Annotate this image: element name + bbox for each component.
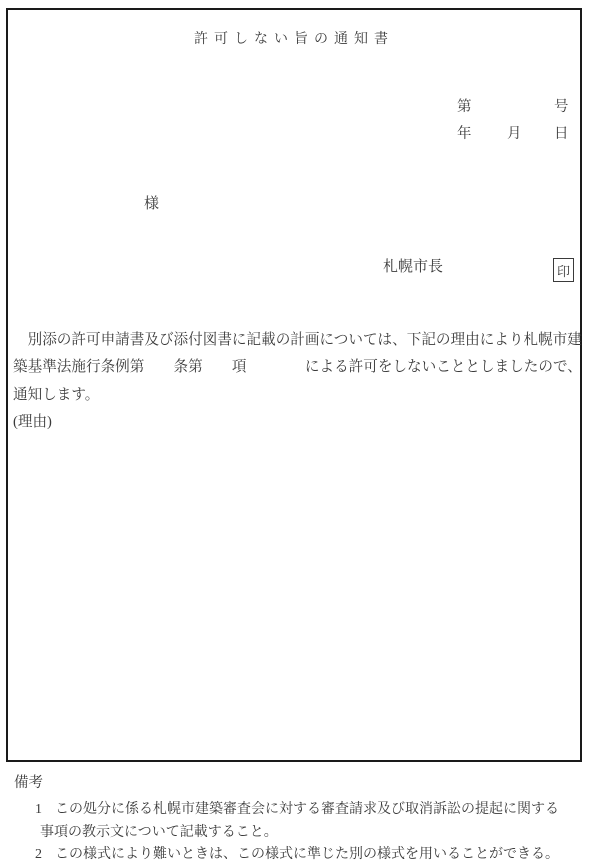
body-line: 築基準法施行条例第 条第 項 による許可をしないこととしましたので、	[13, 354, 581, 381]
document-page: 許可しない旨の通知書 第 号 年 月 日 様 札幌市長 印 別添の許可申請書及び…	[0, 0, 593, 865]
seal-mark: 印	[553, 258, 574, 282]
document-border-box: 許可しない旨の通知書 第 号 年 月 日 様 札幌市長 印 別添の許可申請書及び…	[6, 8, 582, 762]
seal-character: 印	[557, 261, 570, 280]
note-item: 2 この様式により難いときは、この様式に準じた別の様式を用いることができる。	[14, 844, 589, 865]
reason-label: (理由)	[13, 409, 581, 436]
remarks-heading: 備考	[14, 773, 589, 793]
note-number: 1	[35, 799, 55, 822]
addressee-honorific-label: 様	[144, 197, 159, 212]
body-paragraph: 別添の許可申請書及び添付図書に記載の計画については、下記の理由により札幌市建 築…	[13, 327, 581, 437]
doc-number-prefix-label: 第	[457, 100, 472, 115]
note-text: この処分に係る札幌市建築審査会に対する審査請求及び取消訴訟の提起に関する	[55, 799, 559, 822]
note-text: この様式により難いときは、この様式に準じた別の様式を用いることができる。	[55, 844, 559, 865]
date-month-label: 月	[507, 127, 522, 142]
page-title: 許可しない旨の通知書	[8, 28, 580, 48]
date-year-label: 年	[457, 127, 472, 142]
issuer-title: 札幌市長	[383, 260, 443, 275]
note-text: 事項の教示文について記載すること。	[40, 822, 278, 845]
note-number: 2	[35, 844, 55, 865]
note-item: 1 この処分に係る札幌市建築審査会に対する審査請求及び取消訴訟の提起に関する	[14, 799, 589, 822]
body-line: 別添の許可申請書及び添付図書に記載の計画については、下記の理由により札幌市建	[13, 327, 581, 354]
date-day-label: 日	[554, 127, 569, 142]
remarks-section: 備考 1 この処分に係る札幌市建築審査会に対する審査請求及び取消訴訟の提起に関す…	[14, 773, 589, 865]
doc-number-suffix-label: 号	[554, 100, 569, 115]
body-line: 通知します。	[13, 382, 581, 409]
note-item-continuation: 事項の教示文について記載すること。	[40, 822, 589, 845]
